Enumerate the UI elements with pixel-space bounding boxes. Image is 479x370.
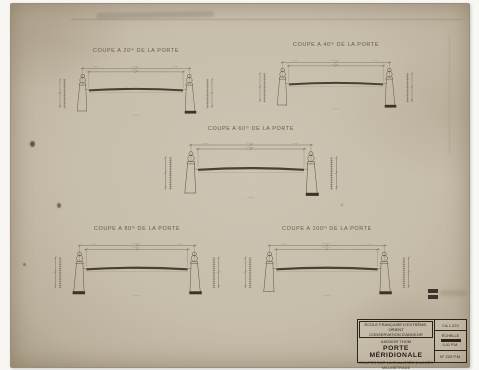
section-drawing-slot (241, 237, 413, 303)
titleblock-number: N° 220 P.M. (435, 351, 466, 362)
section-caption: COUPE A 100ᵐ DE LA PORTE (282, 226, 372, 232)
section-drawing (161, 137, 341, 204)
paper-stain (30, 141, 35, 147)
section-drawing-slot (51, 237, 223, 303)
section-caption: COUPE A 80ᵐ DE LA PORTE (94, 226, 180, 232)
stamp-mark (428, 295, 438, 299)
scale-bar (441, 339, 461, 342)
screenshot-canvas: COUPE A 20ᵐ DE LA PORTE (0, 0, 479, 370)
paper-stain (23, 263, 26, 266)
titleblock-title: PORTE MÉRIDIONALE (358, 345, 434, 359)
title-block: ÉCOLE FRANÇAISE D'EXTRÊME-ORIENT CONSERV… (357, 319, 467, 363)
paper-stain (57, 203, 61, 208)
titleblock-subtitle: COUPES SUR LA CHAUSSÉE D'ACCÈS (358, 360, 434, 365)
section-figure-2: COUPE A 40ᵐ DE LA PORTE (256, 53, 416, 117)
scale-value: 0,01 P.M. (443, 343, 459, 347)
scale-label: ÉCHELLE (442, 334, 459, 338)
titleblock-scale: ÉCHELLE 0,01 P.M. (435, 331, 466, 351)
paper-crease (449, 34, 450, 154)
titleblock-right-column: CA 1.223 ÉCHELLE 0,01 P.M. N° 220 P.M. (435, 320, 466, 362)
stamp-marks (428, 289, 438, 301)
section-drawing-slot (161, 137, 341, 204)
section-drawing-slot (256, 53, 416, 117)
titleblock-left-column: ÉCOLE FRANÇAISE D'EXTRÊME-ORIENT CONSERV… (358, 320, 435, 362)
pencil-smudge (96, 11, 214, 19)
section-figure-1: COUPE A 20ᵐ DE LA PORTE (56, 59, 216, 123)
section-figure-4: COUPE A 80ᵐ DE LA PORTE (51, 237, 223, 303)
section-caption: COUPE A 60ᵐ DE LA PORTE (208, 126, 294, 132)
drawing-sheet: COUPE A 20ᵐ DE LA PORTE (10, 3, 470, 368)
section-drawing (51, 237, 223, 303)
titleblock-reference-number: CA 1.223 (435, 320, 466, 331)
titleblock-site: ANGKOR THOM (358, 339, 434, 344)
section-figure-5: COUPE A 100ᵐ DE LA PORTE (241, 237, 413, 303)
stamp-smudge (440, 290, 466, 296)
org-line-2: CONSERVATION D'ANGKOR (361, 332, 431, 337)
section-caption: COUPE A 20ᵐ DE LA PORTE (93, 48, 179, 54)
titleblock-organization: ÉCOLE FRANÇAISE D'EXTRÊME-ORIENT CONSERV… (359, 321, 433, 338)
section-drawing (241, 237, 413, 303)
paper-crease (71, 19, 463, 20)
org-line-1: ÉCOLE FRANÇAISE D'EXTRÊME-ORIENT (361, 322, 431, 332)
section-drawing (256, 53, 416, 117)
section-caption: COUPE A 40ᵐ DE LA PORTE (293, 42, 379, 48)
section-drawing (56, 59, 216, 123)
paper-stain (341, 204, 343, 206)
stamp-mark (428, 289, 438, 293)
section-drawing-slot (56, 59, 216, 123)
titleblock-note: MILLIMÉTRAGE (358, 366, 434, 370)
section-figure-3: COUPE A 60ᵐ DE LA PORTE (161, 137, 341, 204)
